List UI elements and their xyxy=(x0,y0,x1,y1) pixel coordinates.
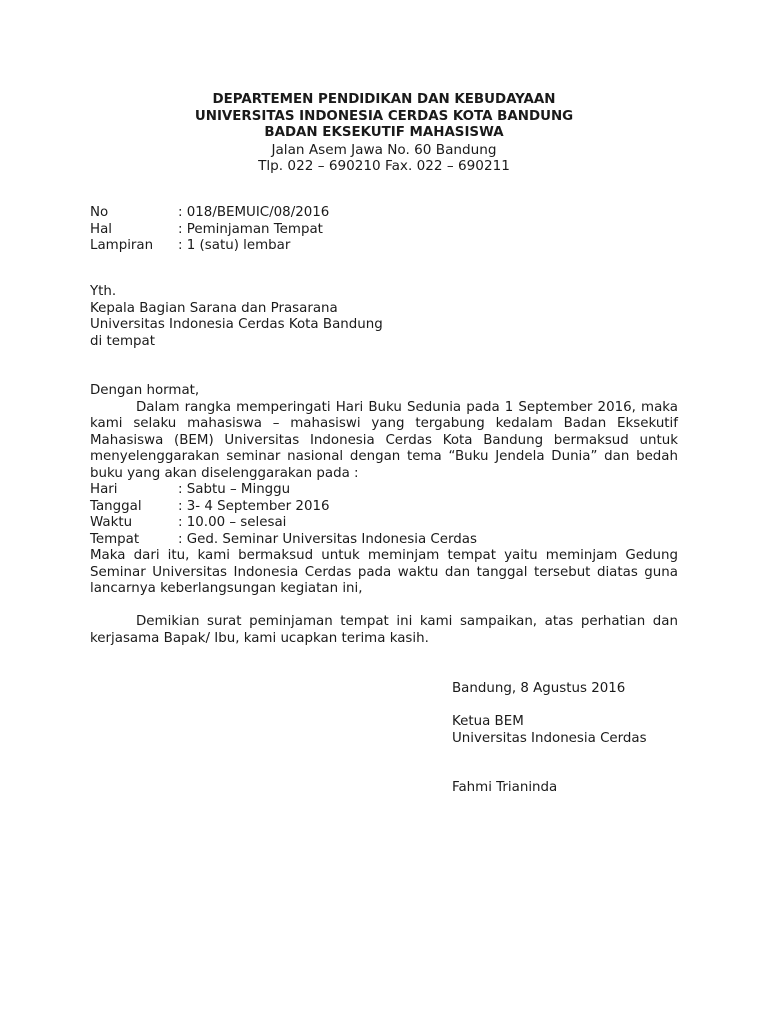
detail-date: Tanggal : 3- 4 September 2016 xyxy=(90,499,678,516)
signature-organization: Universitas Indonesia Cerdas xyxy=(452,731,647,748)
signature-block: Bandung, 8 Agustus 2016 Ketua BEM Univer… xyxy=(452,681,647,797)
letterhead-organization: BADAN EKSEKUTIF MAHASISWA xyxy=(0,125,768,142)
addressee-salutation: Yth. xyxy=(90,284,383,301)
spacer xyxy=(90,598,678,615)
greeting: Dengan hormat, xyxy=(90,383,678,400)
letter-body: Dengan hormat, Dalam rangka memperingati… xyxy=(90,383,678,647)
detail-label: Hari xyxy=(90,482,178,499)
signature-place-date: Bandung, 8 Agustus 2016 xyxy=(452,681,647,698)
signature-position: Ketua BEM xyxy=(452,714,647,731)
letterhead-university: UNIVERSITAS INDONESIA CERDAS KOTA BANDUN… xyxy=(0,109,768,126)
spacer xyxy=(452,698,647,715)
meta-subject: Hal : Peminjaman Tempat xyxy=(90,222,329,239)
detail-label: Waktu xyxy=(90,515,178,532)
letterhead-address: Jalan Asem Jawa No. 60 Bandung xyxy=(0,142,768,159)
detail-label: Tanggal xyxy=(90,499,178,516)
meta-label: Hal xyxy=(90,222,178,239)
detail-value: : 3- 4 September 2016 xyxy=(178,499,330,516)
letter-page: DEPARTEMEN PENDIDIKAN DAN KEBUDAYAAN UNI… xyxy=(0,0,768,1024)
detail-value: : Sabtu – Minggu xyxy=(178,482,290,499)
addressee-institution: Universitas Indonesia Cerdas Kota Bandun… xyxy=(90,317,383,334)
meta-value: : 018/BEMUIC/08/2016 xyxy=(178,205,329,222)
paragraph-intro: Dalam rangka memperingati Hari Buku Sedu… xyxy=(90,400,678,483)
letterhead-contact: Tlp. 022 – 690210 Fax. 022 – 690211 xyxy=(0,158,768,175)
meta-label: Lampiran xyxy=(90,238,178,255)
meta-value: : 1 (satu) lembar xyxy=(178,238,290,255)
letterhead-department: DEPARTEMEN PENDIDIKAN DAN KEBUDAYAAN xyxy=(0,92,768,109)
letter-meta: No : 018/BEMUIC/08/2016 Hal : Peminjaman… xyxy=(90,205,329,255)
paragraph-closing: Demikian surat peminjaman tempat ini kam… xyxy=(90,614,678,647)
spacer xyxy=(452,747,647,780)
meta-label: No xyxy=(90,205,178,222)
meta-value: : Peminjaman Tempat xyxy=(178,222,323,239)
meta-attachment: Lampiran : 1 (satu) lembar xyxy=(90,238,329,255)
addressee-location: di tempat xyxy=(90,334,383,351)
detail-day: Hari : Sabtu – Minggu xyxy=(90,482,678,499)
detail-value: : Ged. Seminar Universitas Indonesia Cer… xyxy=(178,532,477,549)
detail-place: Tempat : Ged. Seminar Universitas Indone… xyxy=(90,532,678,549)
paragraph-request: Maka dari itu, kami bermaksud untuk memi… xyxy=(90,548,678,598)
addressee-block: Yth. Kepala Bagian Sarana dan Prasarana … xyxy=(90,284,383,350)
detail-label: Tempat xyxy=(90,532,178,549)
event-details: Hari : Sabtu – Minggu Tanggal : 3- 4 Sep… xyxy=(90,482,678,548)
addressee-recipient: Kepala Bagian Sarana dan Prasarana xyxy=(90,301,383,318)
signature-name: Fahmi Trianinda xyxy=(452,780,647,797)
detail-time: Waktu : 10.00 – selesai xyxy=(90,515,678,532)
letterhead: DEPARTEMEN PENDIDIKAN DAN KEBUDAYAAN UNI… xyxy=(0,92,768,175)
detail-value: : 10.00 – selesai xyxy=(178,515,286,532)
meta-number: No : 018/BEMUIC/08/2016 xyxy=(90,205,329,222)
